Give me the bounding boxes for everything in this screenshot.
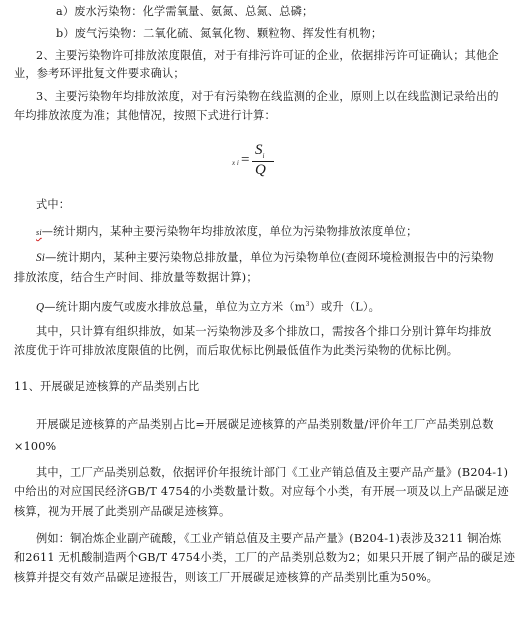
formula-equals: =	[241, 152, 249, 169]
definition-text: —统计期内废气或废水排放总量，单位为立方米（m	[44, 301, 305, 314]
formula-numerator-sub: i	[263, 152, 265, 160]
list-item-label: a）	[56, 5, 74, 18]
definition-si-lower: si—统计期内，某种主要污染物年均排放浓度，单位为污染物排放浓度单位；	[36, 225, 418, 240]
document-page: a）废水污染物：化学需氧量、氨氮、总氮、总磷； b）废气污染物：二氧化硫、氮氧化…	[0, 0, 525, 617]
section-11-explain-line-3: 核算，视为开展了此类别产品碳足迹核算。	[14, 505, 230, 519]
definition-si-upper-line-2: 排放浓度，结合生产时间、排放量等数据计算)；	[14, 271, 258, 285]
formula-denominator: Q	[255, 162, 266, 179]
paragraph-2-line-1: 2、主要污染物许可排放浓度限值，对于有排污许可证的企业，依据排污许可证确认；其他…	[36, 49, 499, 63]
note-paragraph-line-1: 其中，只计算有组织排放，如某一污染物涉及多个排放口，需按各个排口分别计算年均排放	[36, 325, 492, 339]
definition-q: Q—统计期内废气或废水排放总量，单位为立方米（m3）或升（L）。	[36, 298, 380, 315]
list-item-exhaust-gas: b）废气污染物：二氧化硫、氮氧化物、颗粒物、挥发性有机物；	[56, 27, 382, 41]
paragraph-2-line-2: 业，参考环评批复文件要求确认；	[14, 67, 185, 81]
where-label: 式中：	[36, 198, 70, 212]
section-11-formula-line-1: 开展碳足迹核算的产品类别占比=开展碳足迹核算的产品类别数量/评价年工厂产品类别总…	[36, 418, 494, 432]
section-11-explain-line-1: 其中，工厂产品类别总数，依据评价年报统计部门《工业产销总值及主要产品产量》(B2…	[36, 466, 508, 480]
definition-text: —统计期内，某种主要污染物总排放量，单位为污染物单位(查阅环境检测报告中的污染物	[45, 251, 494, 264]
section-11-heading: 11、开展碳足迹核算的产品类别占比	[14, 380, 199, 394]
formula-numerator: Si	[255, 142, 264, 160]
list-item-text: 废气污染物：二氧化硫、氮氧化物、颗粒物、挥发性有机物；	[75, 27, 382, 40]
definition-text: —统计期内，某种主要污染物年均排放浓度，单位为污染物排放浓度单位；	[42, 225, 418, 238]
paragraph-3-line-1: 3、主要污染物年均排放浓度，对于有污染物在线监测的企业，原则上以在线监测记录给出…	[36, 90, 499, 104]
note-paragraph-line-2: 浓度优于许可排放浓度限值的比例，而后取优标比例最低值作为此类污染物的优标比例。	[14, 344, 458, 358]
section-11-explain-line-2: 中给出的对应国民经济GB/T 4754的小类数量计数。对应每个小类，有开展一项及…	[14, 485, 509, 499]
formula-lhs: x i	[232, 159, 239, 167]
section-11-formula-line-2: ×100%	[14, 440, 56, 454]
list-item-text: 废水污染物：化学需氧量、氨氮、总氮、总磷；	[74, 5, 313, 18]
definition-si-upper-line-1: Si—统计期内，某种主要污染物总排放量，单位为污染物单位(查阅环境检测报告中的污…	[36, 251, 494, 265]
section-11-example-line-2: 和2611 无机酸制造两个GB/T 4754小类，工厂的产品类别总数为2；如果只…	[14, 551, 515, 565]
section-11-example-line-3: 核算并提交有效产品碳足迹报告，则该工厂开展碳足迹核算的产品类别比重为50%。	[14, 571, 438, 585]
paragraph-3-line-2: 年均排放浓度为准；其他情况，按照下式进行计算：	[14, 109, 276, 123]
section-11-example-line-1: 例如：铜冶炼企业副产硫酸，《工业产销总值及主要产品产量》(B204-1)表涉及3…	[36, 532, 501, 546]
list-item-label: b）	[56, 27, 75, 40]
definition-text-end: ）或升（L）。	[310, 301, 380, 314]
symbol-Si: Si	[36, 252, 45, 264]
list-item-wastewater: a）废水污染物：化学需氧量、氨氮、总氮、总磷；	[56, 5, 313, 19]
formula-numerator-symbol: S	[255, 142, 263, 158]
concentration-formula: x i = Si Q	[230, 142, 290, 182]
